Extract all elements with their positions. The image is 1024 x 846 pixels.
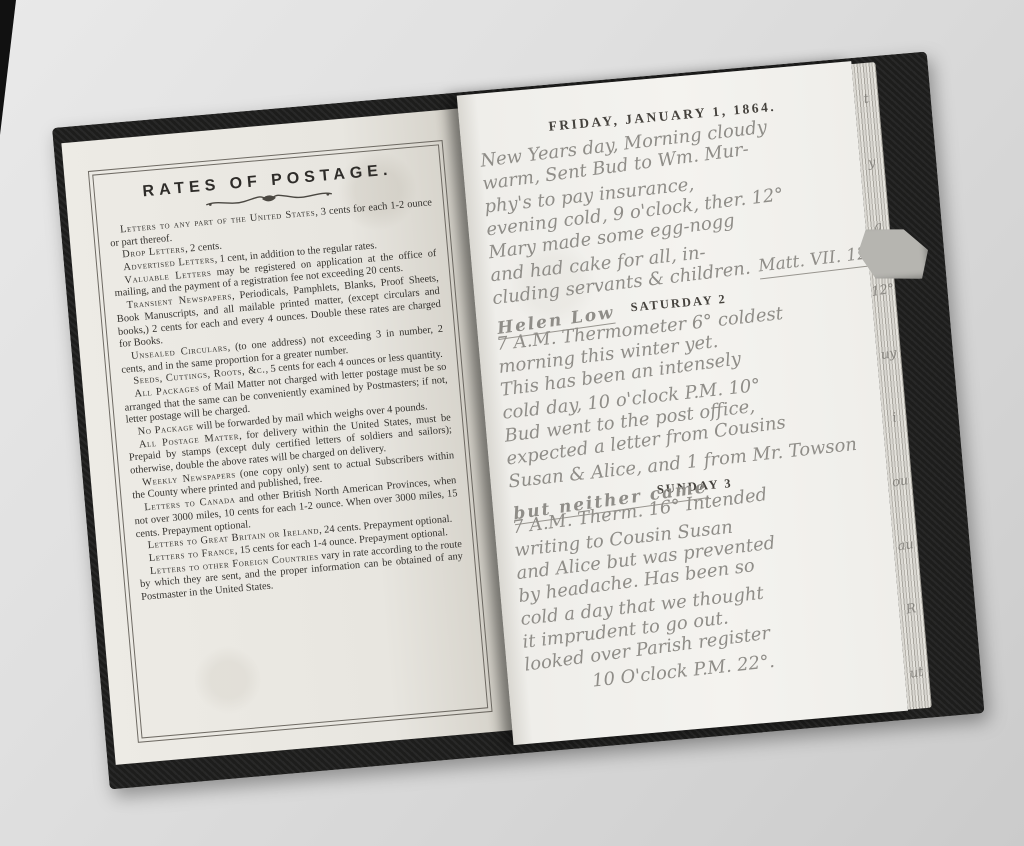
scan-edge-artifact xyxy=(0,0,16,135)
left-page: RATES OF POSTAGE. Letters to any part of… xyxy=(61,109,512,765)
diary-book: RATES OF POSTAGE. Letters to any part of… xyxy=(52,51,985,789)
page-border-frame: RATES OF POSTAGE. Letters to any part of… xyxy=(88,140,493,743)
scanned-book-photo: RATES OF POSTAGE. Letters to any part of… xyxy=(0,0,1024,846)
postage-paragraphs: Letters to any part of the United States… xyxy=(109,197,465,604)
diary-entries: FRIDAY, JANUARY 1, 1864.New Years day, M… xyxy=(457,61,905,708)
page-border-frame-inner: RATES OF POSTAGE. Letters to any part of… xyxy=(92,144,488,738)
paragraph-lead: Letters to any part of the United States xyxy=(120,207,316,235)
right-page: FRIDAY, JANUARY 1, 1864.New Years day, M… xyxy=(457,61,908,745)
